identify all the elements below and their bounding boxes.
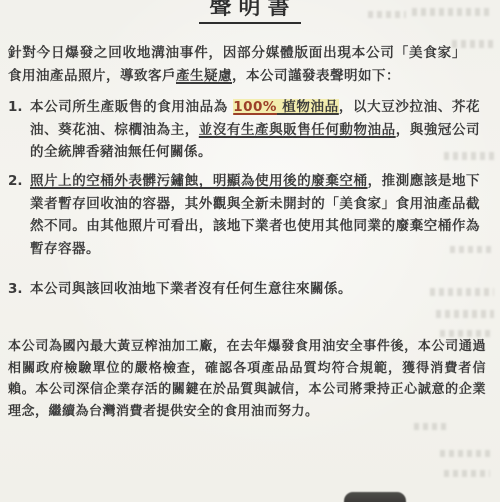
bleed-through-text (436, 310, 494, 318)
item-1-highlighted-percent: 100% (233, 99, 277, 115)
item-1-body: 本公司所生產販售的食用油品為 100% 植物油品，以大豆沙拉油、芥花油、葵花油、… (30, 96, 480, 164)
bleed-through-text (440, 330, 494, 337)
bleed-through-text (440, 450, 490, 457)
statement-item-2: 2. 照片上的空桶外表髒污鏽蝕，明顯為使用後的廢棄空桶，推測應該是地下業者暫存回… (8, 170, 478, 260)
bleed-through-text (444, 470, 490, 477)
statement-item-3: 3. 本公司與該回收油地下業者沒有任何生意往來關係。 (8, 278, 478, 301)
item-2-number: 2. (8, 170, 23, 193)
bleed-through-text (452, 40, 494, 48)
item-3-number: 3. (8, 278, 23, 301)
intro-paragraph: 針對今日爆發之回收地溝油事件，因部分媒體版面出現本公司「美食家」食用油產品照片，… (8, 42, 466, 87)
item-1-underlined-text: 並沒有生產與販售任何動物油品 (199, 122, 396, 138)
item-2-body: 照片上的空桶外表髒污鏽蝕，明顯為使用後的廢棄空桶，推測應該是地下業者暫存回收油的… (30, 170, 480, 260)
item-1-text: 本公司所生產販售的食用油品為 (30, 99, 233, 115)
item-1-number: 1. (8, 96, 23, 119)
statement-item-1: 1. 本公司所生產販售的食用油品為 100% 植物油品，以大豆沙拉油、芥花油、葵… (8, 96, 478, 164)
bleed-through-text (444, 152, 494, 160)
item-3-text: 本公司與該回收油地下業者沒有任何生意往來關係。 (30, 281, 352, 297)
bleed-through-text (430, 288, 494, 296)
intro-text-after: ，本公司謹發表聲明如下： (232, 68, 400, 84)
bleed-through-text (450, 246, 494, 253)
item-1-highlighted-text: 植物油品 (277, 99, 339, 115)
bleed-through-text (412, 8, 490, 16)
item-2-underlined-text: 照片上的空桶外表髒污鏽蝕，明顯為使用後的廢棄空桶 (30, 173, 368, 189)
bleed-through-text (368, 11, 406, 18)
item-3-body: 本公司與該回收油地下業者沒有任何生意往來關係。 (30, 278, 480, 301)
bleed-through-text (414, 423, 450, 430)
closing-paragraph: 本公司為國內最大黃豆榨油加工廠，在去年爆發食用油安全事件後，本公司通過相關政府檢… (8, 336, 486, 422)
stamp-object (344, 492, 406, 502)
scanned-statement-page: 聲明書 針對今日爆發之回收地溝油事件，因部分媒體版面出現本公司「美食家」食用油產… (0, 0, 500, 502)
document-title-text: 聲明書 (199, 0, 300, 24)
intro-underlined-text: 產生疑慮 (176, 68, 232, 84)
